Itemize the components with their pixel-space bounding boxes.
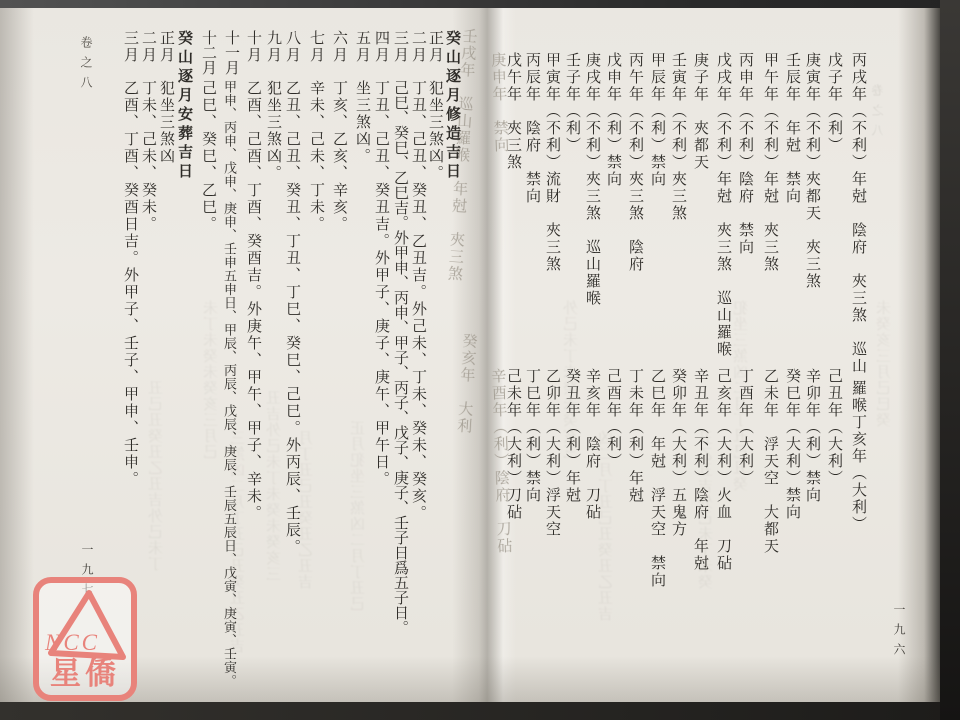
left-page-edge-shadow [0,0,34,720]
year-entry-top-4: 甲午年（不利）年尅 夾三煞 [762,52,777,273]
year-entry-top-15: 丙辰年 陰府 禁向 [524,52,539,205]
year-entry-bottom-1: 己丑年（大利） [826,368,841,487]
year-entry-top-11: 戊申年（利）禁向 [605,52,620,188]
book-scan-photo: 卷之八 卷之八 一九六 一九七 NCC 星僑 丙戌年（不利）年尅 陰府 夾三煞 … [0,0,960,720]
month-days-0-7: 乙丑、己丑、癸丑、丁丑、丁巳、癸巳、己巳。外丙辰、壬辰。 [284,80,299,556]
month-label-0-9: 十月 [245,30,260,64]
bleedthrough-text: 犯坐三煞凶二月丁丑己丑癸 [735,300,750,492]
year-entry-top-7: 庚子年 夾都天 [692,52,707,171]
year-entry-bottom-4: 乙未年 浮天空 大都天 [762,368,777,555]
volume-label: 卷之八 [80,36,92,96]
bleedthrough-text: 丑己丑癸丑乙丑吉外己未丁 [150,380,165,572]
month-label-1-0: 正月 [158,30,173,64]
year-entry-top-14: 甲寅年（不利）流財 夾三煞 [544,52,559,273]
year-entry-bottom-6: 己亥年（大利）火血 刀砧 [715,368,730,572]
year-entry-top-9: 甲辰年（利）禁向 [649,52,664,188]
year-entry-top-12: 庚戌年（不利）夾三煞 巡山羅喉 [584,52,599,307]
year-entry-bottom-10: 丁未年（利）年尅 [627,368,642,504]
year-entry-top-17: 庚申年 禁向 [489,52,508,154]
bottom-page-shadow [0,656,960,702]
year-entry-bottom-0: 羅喉丁亥年（大利） [850,380,865,533]
month-days-0-8: 犯坐三煞凶。 [265,80,280,182]
photo-top-border [0,0,960,8]
ncc-watermark-stamp: NCC 星僑 [33,577,137,701]
month-days-0-2: 己巳、癸巳、乙巳吉。外甲申、丙申、甲子、丙子、戊子、庚子、壬子日爲五子日。 [392,80,407,635]
month-days-1-2: 乙酉、丁酉、癸酉日吉。外甲子、壬子、甲申、壬申。 [122,80,137,488]
section-title-1: 癸山逐月安葬吉日 [176,30,191,182]
month-label-0-5: 六月 [331,30,346,64]
month-label-0-2: 三月 [392,30,407,64]
year-entry-top-2: 庚寅年（不利）夾都天 夾三煞 [804,52,819,290]
page-number-right: 一九六 [893,603,905,663]
year-entry-bottom-8: 癸卯年（大利）五鬼方 [670,368,685,538]
year-entry-bottom-15: 丁巳年（利）禁向 [524,368,539,504]
bleedthrough-text: 未癸亥三月己巳癸 [878,300,893,428]
month-days-0-3: 丁丑、己丑、癸丑吉。外甲子、庚子、庚午、甲午日。 [373,80,388,488]
month-label-0-10: 十一月 [223,30,238,75]
year-entry-top-13: 壬子年（利） [564,52,579,154]
year-entry-top-0: 丙戌年（不利）年尅 陰府 夾三煞 巡山 [850,52,865,375]
month-days-1-1: 丁未、己未、癸未。 [140,80,155,233]
bleedthrough-text: 凶二月丁丑己丑癸丑乙丑吉 [600,430,615,622]
month-label-0-0: 正月 [427,30,442,64]
year-entry-top-1: 戊子年（利） [826,52,841,154]
month-days-0-6: 辛未、己未、丁未。 [308,80,323,233]
month-days-0-4: 坐三煞凶。 [354,80,369,165]
year-entry-top-5: 丙申年（不利）陰府 禁向 [737,52,752,256]
month-label-0-7: 八月 [284,30,299,64]
year-entry-bottom-12: 辛亥年 陰府 刀砧 [584,368,599,521]
month-days-0-0: 犯坐三煞凶。 [427,80,442,182]
month-label-0-3: 四月 [373,30,388,64]
month-days-0-1: 丁丑、己丑、癸丑、乙丑吉。外己未、丁未、癸未、癸亥。 [410,80,425,522]
month-days-0-11: 己巳、癸巳、乙巳。 [200,80,215,233]
photo-bottom-border [0,702,960,720]
year-entry-bottom-9: 乙巳年 年尅 浮天空 禁向 [649,368,664,589]
stamp-cjk-text: 星僑 [39,648,131,693]
bleedthrough-text: 三煞凶二月丁丑己丑癸丑乙丑吉 [232,430,247,654]
year-entry-bottom-3: 癸巳年（大利）禁向 [784,368,799,521]
bleedthrough-text: 丑乙丑吉外己未丁未癸 [700,430,715,590]
year-entry-top-8: 壬寅年（不利）夾三煞 [670,52,685,222]
month-label-1-2: 三月 [122,30,137,64]
section-title-0: 癸山逐月修造吉日 [444,30,459,182]
bleedthrough-text: 正月犯坐三煞凶二月丁丑己 [352,420,367,612]
month-label-0-6: 七月 [308,30,323,64]
month-label-0-1: 二月 [410,30,425,64]
year-entry-top-10: 丙午年（不利）夾三煞 陰府 [627,52,642,273]
month-days-0-5: 丁亥、乙亥、辛亥。 [331,80,346,233]
photo-right-border [940,0,960,720]
year-entry-bottom-gutter: 癸亥年 大利 [455,333,476,436]
month-days-1-0: 犯坐三煞凶 [158,80,173,165]
month-days-0-9: 乙酉、己酉、丁酉、癸酉吉。外庚午、甲午、甲子、辛未。 [245,80,260,522]
bleedthrough-text: 外己未丁未癸未癸亥三 [565,300,580,460]
bleedthrough-text: 未丁未癸未癸亥三月己 [205,300,220,460]
month-label-0-4: 五月 [354,30,369,64]
month-label-1-1: 二月 [140,30,155,64]
month-label-0-8: 九月 [265,30,280,64]
year-entry-top-6: 戊戌年（不利）年尅 夾三煞 巡山羅喉 [715,52,730,358]
bleedthrough-volume-label: 卷之八 [872,84,884,144]
year-entry-bottom-2: 辛卯年（利）禁向 [804,368,819,504]
year-entry-top-3: 壬辰年 年尅 禁向 [784,52,799,205]
month-label-0-11: 十二月 [200,30,215,75]
bleedthrough-text: 月丁丑己丑癸丑乙丑吉 [300,430,315,590]
bleedthrough-text: 丑吉外己未丁未癸未癸亥三 [268,390,283,582]
year-entry-bottom-14: 乙卯年（大利）浮天空 [544,368,559,538]
